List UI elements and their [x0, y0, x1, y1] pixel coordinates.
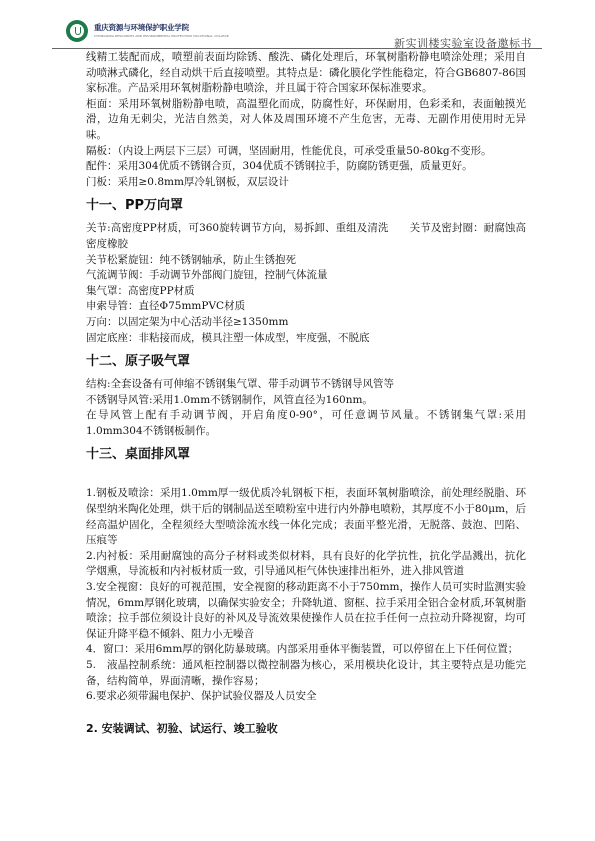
- paragraph: 6.要求必须带漏电保护、保护试验仪器及人员安全: [86, 689, 526, 705]
- paragraph: 2.内衬板：采用耐腐蚀的高分子材料或类似材料，具有良好的化学抗性，抗化学品溅出，…: [86, 549, 526, 580]
- header-divider: [52, 48, 542, 49]
- paragraph: 5. 液晶控制系统：通风柜控制器以微控制器为核心，采用模块化设计，其主要特点是功…: [86, 658, 526, 689]
- paragraph: 万向：以固定架为中心活动半径≥1350mm: [86, 315, 526, 331]
- paragraph: 配件：采用304优质不锈钢合页，304优质不锈钢拉手，防腐防锈更强，质量更好。: [86, 159, 526, 175]
- paragraph: 门板：采用≥0.8mm厚冷轧钢板，双层设计: [86, 175, 526, 191]
- page-header: 重庆资源与环境保护职业学院 CHONGQING RESOURCES AND EN…: [52, 18, 542, 48]
- paragraph: 结构:全套设备有可伸缩不锈钢集气罩、带手动调节不锈钢导风管等: [86, 377, 526, 393]
- document-body: 线精工装配而成，喷塑前表面均除锈、酸洗、磷化处理后，环氧树脂粉静电喷涂处理；采用…: [86, 50, 526, 737]
- school-name: 重庆资源与环境保护职业学院: [94, 22, 189, 33]
- paragraph: 4．窗口：采用6mm厚的钢化防暴玻璃。内部采用垂体平衡装置，可以停留在上下任何位…: [86, 642, 526, 658]
- paragraph: 固定底座：非粘接而成，模具注塑一体成型，牢度强，不脱底: [86, 331, 526, 347]
- paragraph: 3.安全视窗：良好的可视范围，安全视窗的移动距离不小于750mm，操作人员可实时…: [86, 580, 526, 642]
- paragraph: 1.钢板及喷涂：采用1.0mm厚一级优质冷轧钢板下柜，表面环氧树脂喷涂，前处理经…: [86, 486, 526, 548]
- blank-line: [86, 470, 526, 486]
- paragraph: 气流调节阀：手动调节外部阀门旋钮，控制气体流量: [86, 268, 526, 284]
- paragraph: 关节:高密度PP材质，可360旋转调节方向，易拆卸、重组及清洗 关节及密封圈：耐…: [86, 221, 526, 252]
- blank-line: [86, 705, 526, 721]
- paragraph: 柜面：采用环氧树脂粉静电喷，高温塑化而成，防腐性好，环保耐用，色彩柔和，表面触摸…: [86, 97, 526, 144]
- section-heading: 十一、PP万向罩: [86, 197, 526, 215]
- paragraph: 在导风管上配有手动调节阀，开启角度0-90°，可任意调节风量。不锈钢集气罩:采用…: [86, 408, 526, 439]
- paragraph: 不锈钢导风管:采用1.0mm不锈钢制作，风管直径为160nm。: [86, 393, 526, 409]
- school-name-en: CHONGQING RESOURCES AND ENVIRONMENTAL PR…: [94, 34, 229, 38]
- paragraph: 关节松紧旋钮：纯不锈钢轴承，防止生锈抱死: [86, 253, 526, 269]
- paragraph: 集气罩：高密度PP材质: [86, 284, 526, 300]
- paragraph: 线精工装配而成，喷塑前表面均除锈、酸洗、磷化处理后，环氧树脂粉静电喷涂处理；采用…: [86, 50, 526, 97]
- section-heading: 十二、原子吸气罩: [86, 353, 526, 371]
- section-heading: 2. 安装调试、初验、试运行、竣工验收: [86, 721, 526, 737]
- section-heading: 十三、桌面排风罩: [86, 446, 526, 464]
- paragraph: 隔板：（内设上两层下三层）可调，坚固耐用，性能优良，可承受重量50-80kg不变…: [86, 144, 526, 160]
- school-emblem-icon: [66, 20, 88, 42]
- paragraph: 申索导管：直径Φ75mmPVC材质: [86, 299, 526, 315]
